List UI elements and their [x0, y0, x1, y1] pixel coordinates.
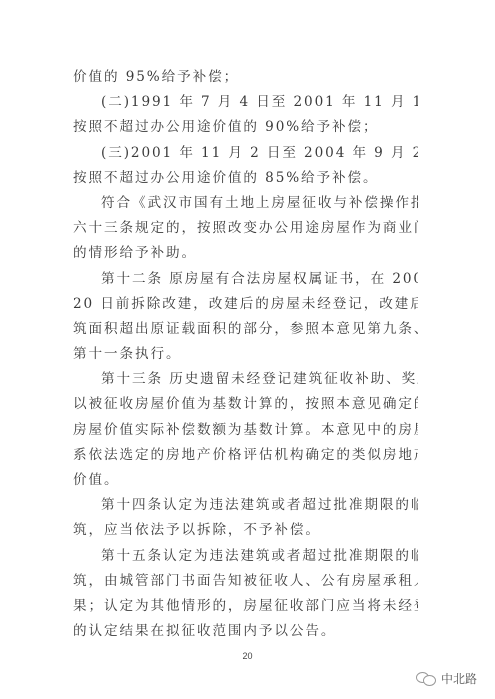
page-number: 20 [0, 651, 495, 661]
text-line: 20 日前拆除改建，改建后的房屋未经登记，改建后的房屋建 [73, 292, 418, 317]
text-line: 第十一条执行。 [73, 342, 418, 367]
text-line: 第十四条认定为违法建筑或者超过批准期限的临时建 [73, 493, 418, 518]
text-line: 价值的 95%给予补偿； [73, 65, 418, 90]
text-line: 第十三条 历史遗留未经登记建筑征收补助、奖励需要 [73, 367, 418, 392]
text-line: 符合《武汉市国有土地上房屋征收与补偿操作指引》第 [73, 191, 418, 216]
text-line: 筑面积超出原证载面积的部分，参照本意见第九条、第十条、 [73, 317, 418, 342]
document-body: 价值的 95%给予补偿；(二)1991 年 7 月 4 日至 2001 年 11… [73, 65, 418, 644]
text-line: 价值。 [73, 468, 418, 493]
text-line: 的情形给予补助。 [73, 241, 418, 266]
text-line: 的认定结果在拟征收范围内予以公告。 [73, 619, 418, 644]
text-line: (二)1991 年 7 月 4 日至 2001 年 11 月 1 日期间建成的， [73, 90, 418, 115]
document-page: 价值的 95%给予补偿；(二)1991 年 7 月 4 日至 2001 年 11… [0, 0, 495, 699]
text-line: 系依法选定的房地产价格评估机构确定的类似房地产评估 [73, 443, 418, 468]
text-line: 以被征收房屋价值为基数计算的，按照本意见确定的被征收 [73, 392, 418, 417]
text-line: 果；认定为其他情形的，房屋征收部门应当将未经登记建筑 [73, 594, 418, 619]
text-line: 按照不超过办公用途价值的 90%给予补偿； [73, 115, 418, 140]
text-line: 按照不超过办公用途价值的 85%给予补偿。 [73, 166, 418, 191]
text-line: (三)2001 年 11 月 2 日至 2004 年 9 月 20 日期间建成的… [73, 141, 418, 166]
text-line: 第十五条认定为违法建筑或者超过批准期限的临时建 [73, 544, 418, 569]
text-line: 筑，由城管部门书面告知被征收人、公有房屋承租人认定结 [73, 569, 418, 594]
text-line: 筑，应当依法予以拆除，不予补偿。 [73, 518, 418, 543]
text-line: 六十三条规定的，按照改变办公用途房屋作为商业门面使用 [73, 216, 418, 241]
watermark-label: 中北路 [441, 670, 477, 687]
text-line: 房屋价值实际补偿数额为基数计算。本意见中的房屋价值， [73, 418, 418, 443]
text-line: 第十二条 原房屋有合法房屋权属证书，在 2004 年 9 月 [73, 267, 418, 292]
wechat-icon [416, 671, 436, 685]
watermark: 中北路 [416, 667, 477, 689]
